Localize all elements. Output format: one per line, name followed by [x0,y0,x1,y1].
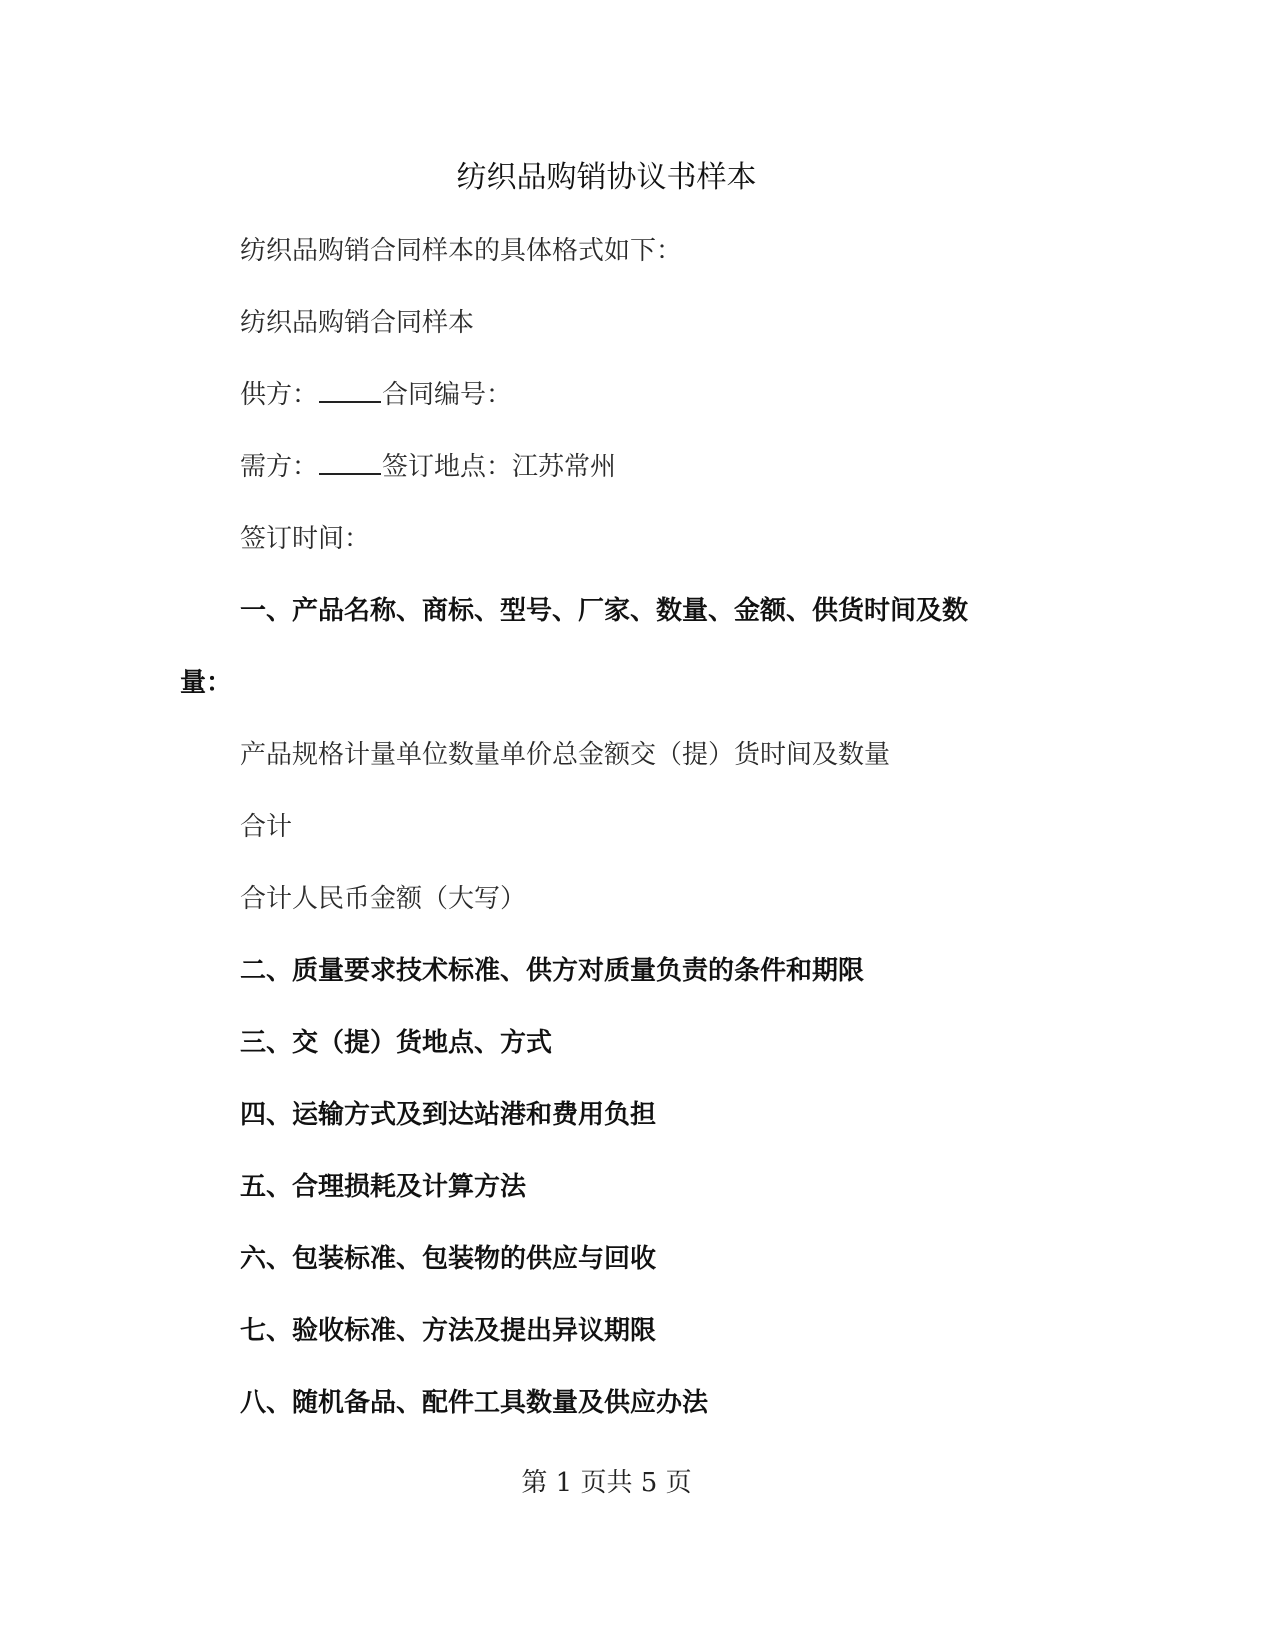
section-1-line-1: 一、产品名称、商标、型号、厂家、数量、金额、供货时间及数 [240,594,968,628]
buyer-label: 需方： [240,452,318,482]
total-line: 合计 [240,810,292,844]
section-7: 七、验收标准、方法及提出异议期限 [240,1314,656,1348]
section-3: 三、交（提）货地点、方式 [240,1026,552,1060]
signing-time-line: 签订时间： [240,522,370,556]
section-2: 二、质量要求技术标准、供方对质量负责的条件和期限 [240,954,864,988]
contract-number-label: 合同编号： [382,380,512,410]
buyer-blank-field [319,451,381,475]
table-header-line: 产品规格计量单位数量单价总金额交（提）货时间及数量 [240,738,890,772]
document-page: 纺织品购销协议书样本 纺织品购销合同样本的具体格式如下： 纺织品购销合同样本 供… [0,0,1275,1650]
section-8: 八、随机备品、配件工具数量及供应办法 [240,1386,708,1420]
document-title: 纺织品购销协议书样本 [0,152,1213,196]
signing-place-value: 江苏常州 [512,452,616,482]
section-1-line-2: 量： [180,666,232,700]
page-indicator: 第 1 页共 5 页 [0,1462,1213,1499]
contract-subtitle: 纺织品购销合同样本 [240,306,474,340]
supplier-label: 供方： [240,380,318,410]
supplier-blank-field [319,379,381,403]
total-rmb-line: 合计人民币金额（大写） [240,882,526,916]
section-4: 四、运输方式及到达站港和费用负担 [240,1098,656,1132]
signing-place-label: 签订地点： [382,452,512,482]
supplier-line: 供方：合同编号： [240,378,512,412]
intro-paragraph: 纺织品购销合同样本的具体格式如下： [240,234,682,268]
section-6: 六、包装标准、包装物的供应与回收 [240,1242,656,1276]
section-5: 五、合理损耗及计算方法 [240,1170,526,1204]
buyer-line: 需方：签订地点：江苏常州 [240,450,616,484]
